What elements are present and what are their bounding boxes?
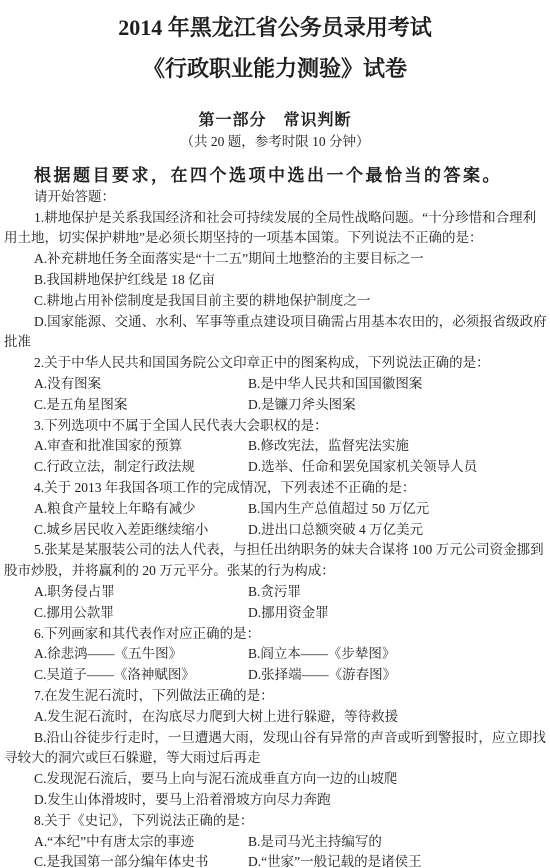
section-meta: （共 20 题，参考时限 10 分钟） bbox=[0, 133, 550, 151]
text-line: D.国家能源、交通、水利、军事等重点建设项目确需占用基本农田的，必须报省级政府 bbox=[0, 312, 550, 333]
option-row: A.审查和批准国家的预算B.修改宪法，监督宪法实施 bbox=[0, 436, 550, 457]
text-line: A.发生泥石流时，在沟底尽力爬到大树上进行躲避，等待救援 bbox=[0, 707, 550, 728]
text-line: B.沿山谷徒步行走时，一旦遭遇大雨，发现山谷有异常的声音或听到警报时，应立即找 bbox=[0, 728, 550, 749]
option-left: C.行政立法，制定行政法规 bbox=[34, 457, 248, 478]
text-line: 请开始答题： bbox=[0, 187, 550, 208]
option-row: A.职务侵占罪B.贪污罪 bbox=[0, 582, 550, 603]
option-right: D.是镰刀斧头图案 bbox=[248, 397, 356, 412]
option-left: C.是我国第一部分编年体史书 bbox=[34, 852, 248, 868]
option-row: A.没有图案B.是中华人民共和国国徽图案 bbox=[0, 374, 550, 395]
option-left: A.职务侵占罪 bbox=[34, 582, 248, 603]
text-line: 寻较大的洞穴或巨石躲避，等大雨过后再走 bbox=[0, 748, 550, 769]
text-line: 5.张某是某服装公司的法人代表，与担任出纳职务的妹夫合谋将 100 万元公司资金… bbox=[0, 540, 550, 561]
option-left: C.城乡居民收入差距继续缩小 bbox=[34, 520, 248, 541]
option-left: A.没有图案 bbox=[34, 374, 248, 395]
text-line: 股市炒股，并将赢利的 20 万元平分。张某的行为构成： bbox=[0, 561, 550, 582]
text-line: 7.在发生泥石流时，下列做法正确的是： bbox=[0, 686, 550, 707]
text-line: 6.下列画家和其代表作对应正确的是： bbox=[0, 624, 550, 645]
option-row: C.挪用公款罪D.挪用资金罪 bbox=[0, 603, 550, 624]
option-left: C.挪用公款罪 bbox=[34, 603, 248, 624]
option-row: C.是我国第一部分编年体史书D.“世家”一般记载的是诸侯王 bbox=[0, 852, 550, 868]
option-right: D.张择端——《游春图》 bbox=[248, 667, 396, 682]
text-line: C.耕地占用补偿制度是我国目前主要的耕地保护制度之一 bbox=[0, 291, 550, 312]
option-row: A.徐悲鸿——《五牛图》B.阎立本——《步辇图》 bbox=[0, 644, 550, 665]
option-right: B.贪污罪 bbox=[248, 584, 301, 599]
text-line: 用土地，切实保护耕地”是必须长期坚持的一项基本国策。下列说法不正确的是： bbox=[0, 228, 550, 249]
text-line: 批准 bbox=[0, 332, 550, 353]
option-right: D.“世家”一般记载的是诸侯王 bbox=[248, 854, 422, 868]
option-right: D.进出口总额突破 4 万亿美元 bbox=[248, 522, 423, 537]
exam-paper-page: 2014 年黑龙江省公务员录用考试 《行政职业能力测验》试卷 第一部分 常识判断… bbox=[0, 0, 550, 868]
option-row: A.“本纪”中有唐太宗的事迹B.是司马光主持编写的 bbox=[0, 832, 550, 853]
text-line: C.发现泥石流后，要马上向与泥石流成垂直方向一边的山坡爬 bbox=[0, 769, 550, 790]
document-title-line2: 《行政职业能力测验》试卷 bbox=[0, 56, 550, 82]
option-right: B.阎立本——《步辇图》 bbox=[248, 646, 395, 661]
option-left: A.粮食产量较上年略有减少 bbox=[34, 499, 248, 520]
text-line: 根据题目要求，在四个选项中选出一个最恰当的答案。 bbox=[0, 166, 550, 187]
text-line: 1.耕地保护是关系我国经济和社会可持续发展的全局性战略问题。“十分珍惜和合理利 bbox=[0, 208, 550, 229]
option-right: B.修改宪法，监督宪法实施 bbox=[248, 438, 409, 453]
option-row: C.城乡居民收入差距继续缩小D.进出口总额突破 4 万亿美元 bbox=[0, 520, 550, 541]
option-left: C.吴道子——《洛神赋图》 bbox=[34, 665, 248, 686]
option-left: A.徐悲鸿——《五牛图》 bbox=[34, 644, 248, 665]
option-right: B.是中华人民共和国国徽图案 bbox=[248, 376, 422, 391]
exam-body: 根据题目要求，在四个选项中选出一个最恰当的答案。请开始答题：1.耕地保护是关系我… bbox=[0, 166, 550, 868]
option-right: D.挪用资金罪 bbox=[248, 605, 329, 620]
option-row: A.粮食产量较上年略有减少B.国内生产总值超过 50 万亿元 bbox=[0, 499, 550, 520]
document-title-line1: 2014 年黑龙江省公务员录用考试 bbox=[0, 0, 550, 41]
text-line: D.发生山体滑坡时，要马上沿着滑坡方向尽力奔跑 bbox=[0, 790, 550, 811]
option-left: A.“本纪”中有唐太宗的事迹 bbox=[34, 832, 248, 853]
section-title: 第一部分 常识判断 bbox=[0, 112, 550, 130]
option-row: C.吴道子——《洛神赋图》D.张择端——《游春图》 bbox=[0, 665, 550, 686]
text-line: 2.关于中华人民共和国国务院公文印章正中的图案构成，下列说法正确的是： bbox=[0, 353, 550, 374]
text-line: 4.关于 2013 年我国各项工作的完成情况，下列表述不正确的是： bbox=[0, 478, 550, 499]
option-row: C.是五角星图案D.是镰刀斧头图案 bbox=[0, 395, 550, 416]
text-line: 3.下列选项中不属于全国人民代表大会职权的是： bbox=[0, 416, 550, 437]
option-right: D.选举、任命和罢免国家机关领导人员 bbox=[248, 459, 477, 474]
option-left: A.审查和批准国家的预算 bbox=[34, 436, 248, 457]
text-line: A.补充耕地任务全面落实是“十二五”期间土地整治的主要目标之一 bbox=[0, 249, 550, 270]
option-right: B.是司马光主持编写的 bbox=[248, 834, 382, 849]
option-row: C.行政立法，制定行政法规D.选举、任命和罢免国家机关领导人员 bbox=[0, 457, 550, 478]
option-left: C.是五角星图案 bbox=[34, 395, 248, 416]
text-line: 8.关于《史记》，下列说法正确的是： bbox=[0, 811, 550, 832]
option-right: B.国内生产总值超过 50 万亿元 bbox=[248, 501, 429, 516]
text-line: B.我国耕地保护红线是 18 亿亩 bbox=[0, 270, 550, 291]
